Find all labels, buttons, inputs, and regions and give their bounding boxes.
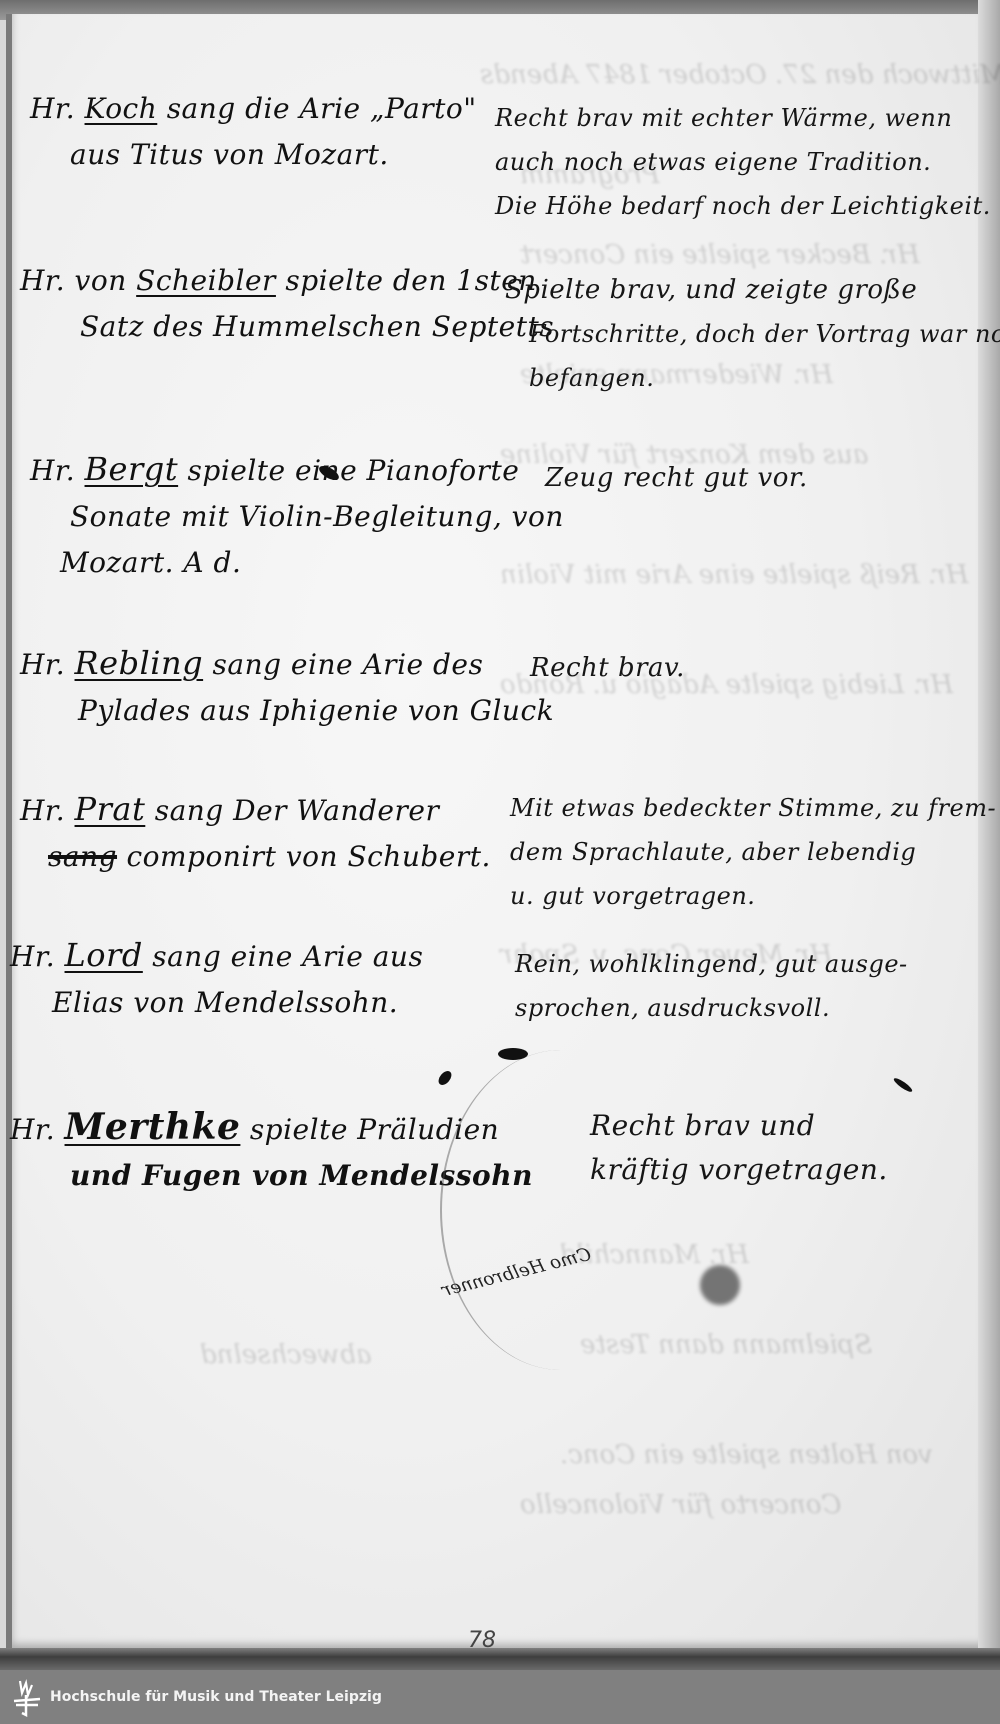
entry-scheibler: Hr. von Scheibler spielte den 1sten Satz… bbox=[20, 258, 554, 350]
remark-scheibler: Spielte brav, und zeigte große Fortschri… bbox=[505, 268, 1000, 400]
performer-prefix: Hr. bbox=[30, 92, 85, 125]
performance-text-line2: Satz des Hummelschen Septetts bbox=[20, 304, 554, 350]
remark-bergt: Zeug recht gut vor. bbox=[545, 456, 808, 500]
entry-bergt: Hr. Bergt spielte eine Pianoforte Sonate… bbox=[30, 446, 564, 586]
bleed-through-text: abwechselnd bbox=[200, 1340, 372, 1370]
ink-smudge bbox=[700, 1265, 740, 1305]
remark-koch: Recht brav mit echter Wärme, wenn auch n… bbox=[495, 96, 991, 228]
remark-line: dem Sprachlaute, aber lebendig bbox=[510, 830, 996, 874]
struck-word: sang bbox=[48, 840, 117, 873]
remark-line: Rein, wohlklingend, gut ausge- bbox=[515, 942, 908, 986]
bleed-through-text: Mittwoch den 27. October 1847 Abends bbox=[480, 60, 1000, 90]
performer-surname: Bergt bbox=[85, 450, 179, 488]
bleed-through-text: Concerto für Violoncello bbox=[520, 1490, 841, 1520]
remark-line: Die Höhe bedarf noch der Leichtigkeit. bbox=[495, 184, 991, 228]
remark-prat: Mit etwas bedeckter Stimme, zu frem- dem… bbox=[510, 786, 996, 918]
remark-line: befangen. bbox=[505, 356, 1000, 400]
page-bottom-edge bbox=[0, 1648, 1000, 1670]
performance-text-line2: Pylades aus Iphigenie von Gluck bbox=[20, 688, 554, 734]
remark-line: Recht brav mit echter Wärme, wenn bbox=[495, 96, 991, 140]
performer-prefix: Hr. bbox=[10, 940, 65, 973]
remark-line: Recht brav. bbox=[530, 646, 685, 690]
performance-text: sang eine Arie aus bbox=[152, 940, 423, 973]
entry-prat: Hr. Prat sang Der Wanderer sang componir… bbox=[20, 786, 491, 880]
performer-surname: Merthke bbox=[65, 1106, 241, 1148]
bleed-through-text: Hr. Becker spielte ein Concert bbox=[520, 240, 920, 270]
performer-prefix: Hr. bbox=[20, 794, 75, 827]
remark-line: Fortschritte, doch der Vortrag war noch bbox=[505, 312, 1000, 356]
remark-line: Zeug recht gut vor. bbox=[545, 456, 808, 500]
performer-prefix: Hr. von bbox=[20, 264, 127, 297]
institution-name: Hochschule für Musik und Theater Leipzig bbox=[50, 1689, 382, 1705]
remark-lord: Rein, wohlklingend, gut ausge- sprochen,… bbox=[515, 942, 908, 1030]
performer-surname: Scheibler bbox=[136, 264, 276, 297]
entry-lord: Hr. Lord sang eine Arie aus Elias von Me… bbox=[10, 932, 423, 1026]
bleed-through-text: von Holten spielte ein Conc. bbox=[560, 1440, 933, 1470]
performer-surname: Lord bbox=[65, 936, 143, 974]
pencil-arc-mark bbox=[440, 1050, 682, 1370]
performer-surname: Prat bbox=[75, 790, 146, 828]
performer-prefix: Hr. bbox=[10, 1113, 65, 1146]
performance-text-line2: componirt von Schubert. bbox=[126, 840, 490, 873]
performance-text: sang eine Arie des bbox=[213, 648, 484, 681]
performance-text-line2: Elias von Mendelssohn. bbox=[10, 980, 423, 1026]
performance-text: spielte eine Pianoforte bbox=[188, 454, 520, 487]
remark-line: Mit etwas bedeckter Stimme, zu frem- bbox=[510, 786, 996, 830]
hmt-leipzig-logo-icon bbox=[12, 1677, 42, 1717]
remark-rebling: Recht brav. bbox=[530, 646, 685, 690]
performance-text-line2: Sonate mit Violin-Begleitung, von bbox=[30, 494, 564, 540]
performance-text: spielte den 1sten bbox=[285, 264, 536, 297]
performance-text-line2: aus Titus von Mozart. bbox=[30, 132, 477, 178]
remark-line: Spielte brav, und zeigte große bbox=[505, 268, 1000, 312]
bleed-through-text: Hr. Reiß spielte eine Arie mit Violin bbox=[500, 560, 968, 590]
scanned-page-area: Mittwoch den 27. October 1847 Abends Pro… bbox=[0, 0, 1000, 1670]
performer-prefix: Hr. bbox=[30, 454, 85, 487]
footer-bar: Hochschule für Musik und Theater Leipzig bbox=[0, 1670, 1000, 1724]
remark-line: auch noch etwas eigene Tradition. bbox=[495, 140, 991, 184]
remark-line: sprochen, ausdrucksvoll. bbox=[515, 986, 908, 1030]
performance-text-line3: Mozart. A d. bbox=[30, 540, 564, 586]
entry-koch: Hr. Hr. KochKoch sang die Arie „Parto" a… bbox=[30, 86, 477, 178]
performance-text: sang die Arie „Parto" bbox=[167, 92, 477, 125]
performer-surname: Koch bbox=[85, 92, 158, 125]
performer-surname: Rebling bbox=[75, 644, 204, 682]
remark-line: u. gut vorgetragen. bbox=[510, 874, 996, 918]
performance-text: sang Der Wanderer bbox=[155, 794, 440, 827]
entry-rebling: Hr. Rebling sang eine Arie des Pylades a… bbox=[20, 640, 554, 734]
performer-prefix: Hr. bbox=[20, 648, 75, 681]
